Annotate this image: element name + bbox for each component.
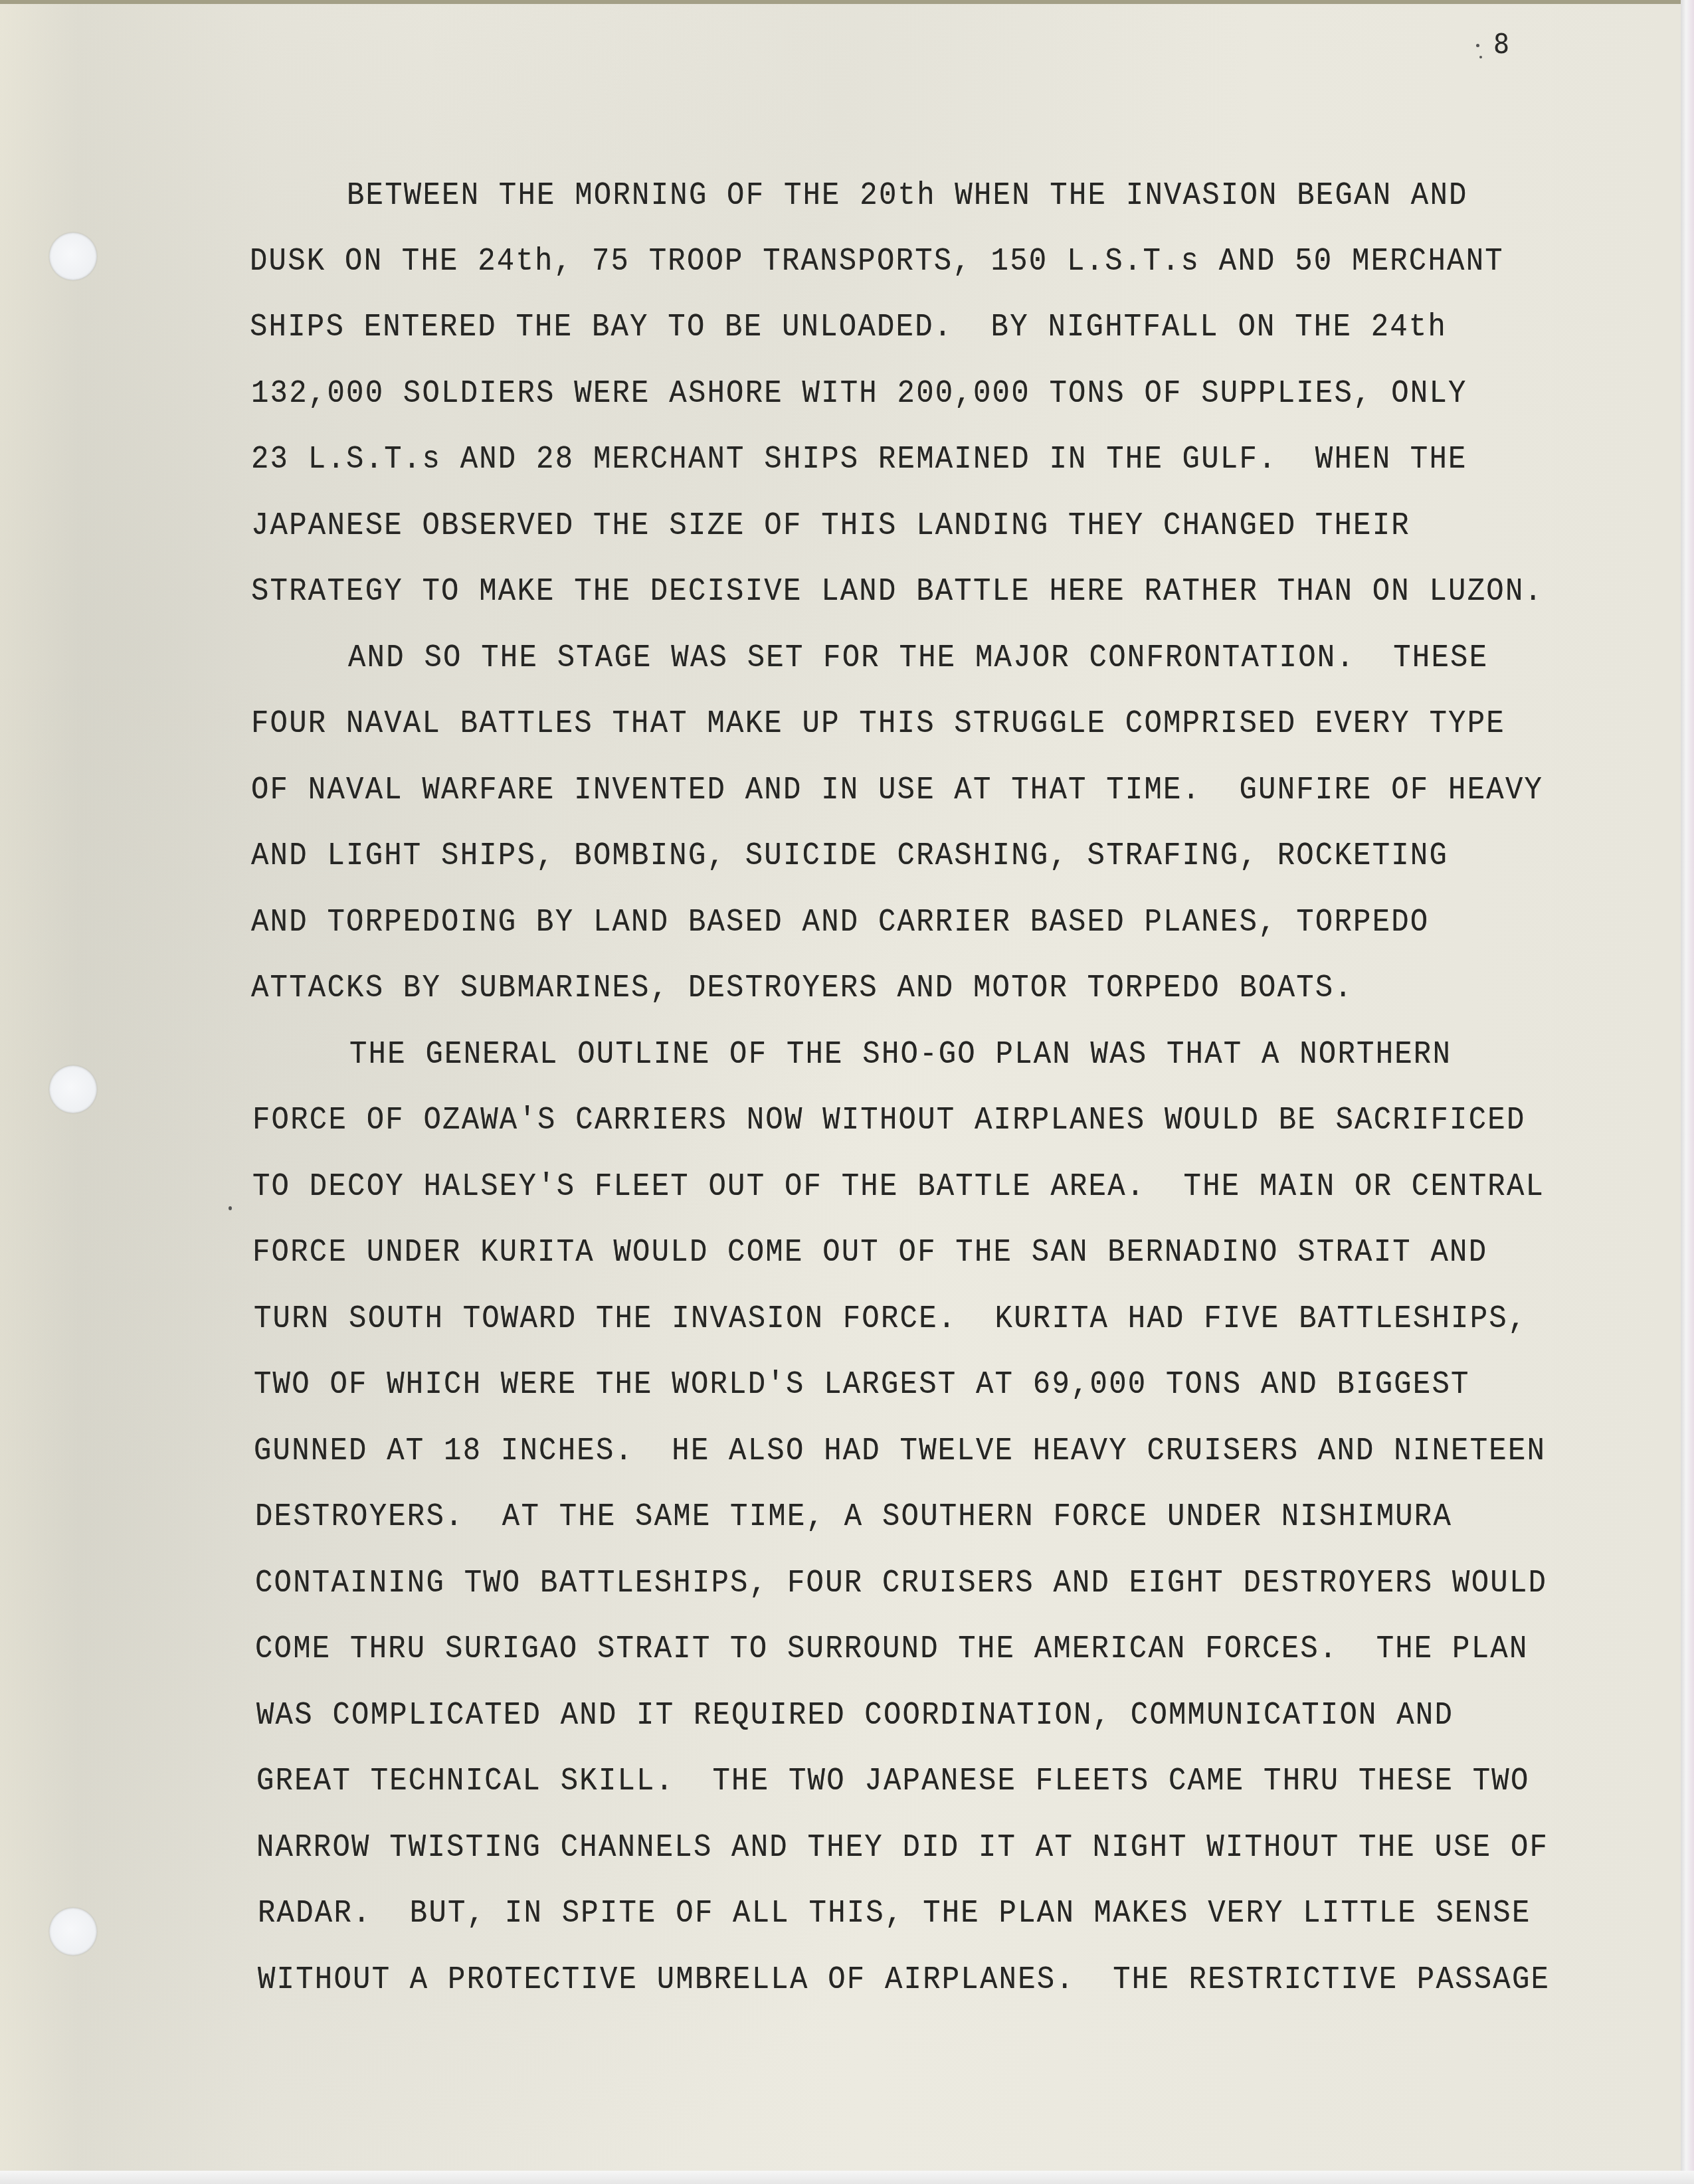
text-line: FORCE OF OZAWA'S CARRIERS NOW WITHOUT AI… [252,1103,1526,1138]
text-line: 23 L.S.T.s AND 28 MERCHANT SHIPS REMAINE… [251,442,1467,478]
text-line: THE GENERAL OUTLINE OF THE SHO-GO PLAN W… [349,1037,1452,1073]
text-line: AND LIGHT SHIPS, BOMBING, SUICIDE CRASHI… [251,838,1448,874]
text-line: RADAR. BUT, IN SPITE OF ALL THIS, THE PL… [258,1896,1531,1932]
ink-speck [1476,44,1479,47]
text-line: NARROW TWISTING CHANNELS AND THEY DID IT… [256,1830,1549,1866]
text-line: CONTAINING TWO BATTLESHIPS, FOUR CRUISER… [255,1566,1547,1601]
text-line: FOUR NAVAL BATTLES THAT MAKE UP THIS STR… [251,706,1505,742]
text-line: STRATEGY TO MAKE THE DECISIVE LAND BATTL… [251,574,1543,610]
ink-speck [229,1206,232,1210]
text-line: WAS COMPLICATED AND IT REQUIRED COORDINA… [256,1698,1454,1734]
text-line: OF NAVAL WARFARE INVENTED AND IN USE AT … [251,773,1543,808]
scan-right-edge [1681,0,1694,2184]
text-line: FORCE UNDER KURITA WOULD COME OUT OF THE… [252,1235,1487,1271]
ink-speck [1479,56,1482,58]
text-line: JAPANESE OBSERVED THE SIZE OF THIS LANDI… [251,508,1410,544]
punch-hole-top [49,232,97,280]
text-line: DESTROYERS. AT THE SAME TIME, A SOUTHERN… [255,1499,1452,1535]
text-line: TO DECOY HALSEY'S FLEET OUT OF THE BATTL… [252,1169,1545,1205]
punch-hole-bottom [49,1908,97,1956]
punch-hole-middle [49,1065,97,1113]
text-line: GUNNED AT 18 INCHES. HE ALSO HAD TWELVE … [254,1433,1546,1469]
text-line: DUSK ON THE 24th, 75 TROOP TRANSPORTS, 1… [250,244,1504,280]
text-line: SHIPS ENTERED THE BAY TO BE UNLOADED. BY… [250,310,1447,345]
text-line: TURN SOUTH TOWARD THE INVASION FORCE. KU… [254,1301,1527,1337]
text-line: 132,000 SOLDIERS WERE ASHORE WITH 200,00… [251,376,1467,412]
text-line: WITHOUT A PROTECTIVE UMBRELLA OF AIRPLAN… [258,1962,1550,1998]
text-line: BETWEEN THE MORNING OF THE 20th WHEN THE… [347,178,1468,214]
text-line: COME THRU SURIGAO STRAIT TO SURROUND THE… [255,1631,1529,1667]
text-line: AND SO THE STAGE WAS SET FOR THE MAJOR C… [348,640,1488,676]
scan-bottom-edge [0,2171,1694,2184]
text-line: GREAT TECHNICAL SKILL. THE TWO JAPANESE … [256,1764,1530,1799]
text-line: ATTACKS BY SUBMARINES, DESTROYERS AND MO… [251,970,1353,1006]
document-page: 8 BETWEEN THE MORNING OF THE 20th WHEN T… [0,0,1681,2171]
text-line: TWO OF WHICH WERE THE WORLD'S LARGEST AT… [254,1367,1470,1403]
page-number: 8 [1493,29,1509,60]
text-line: AND TORPEDOING BY LAND BASED AND CARRIER… [251,905,1429,941]
